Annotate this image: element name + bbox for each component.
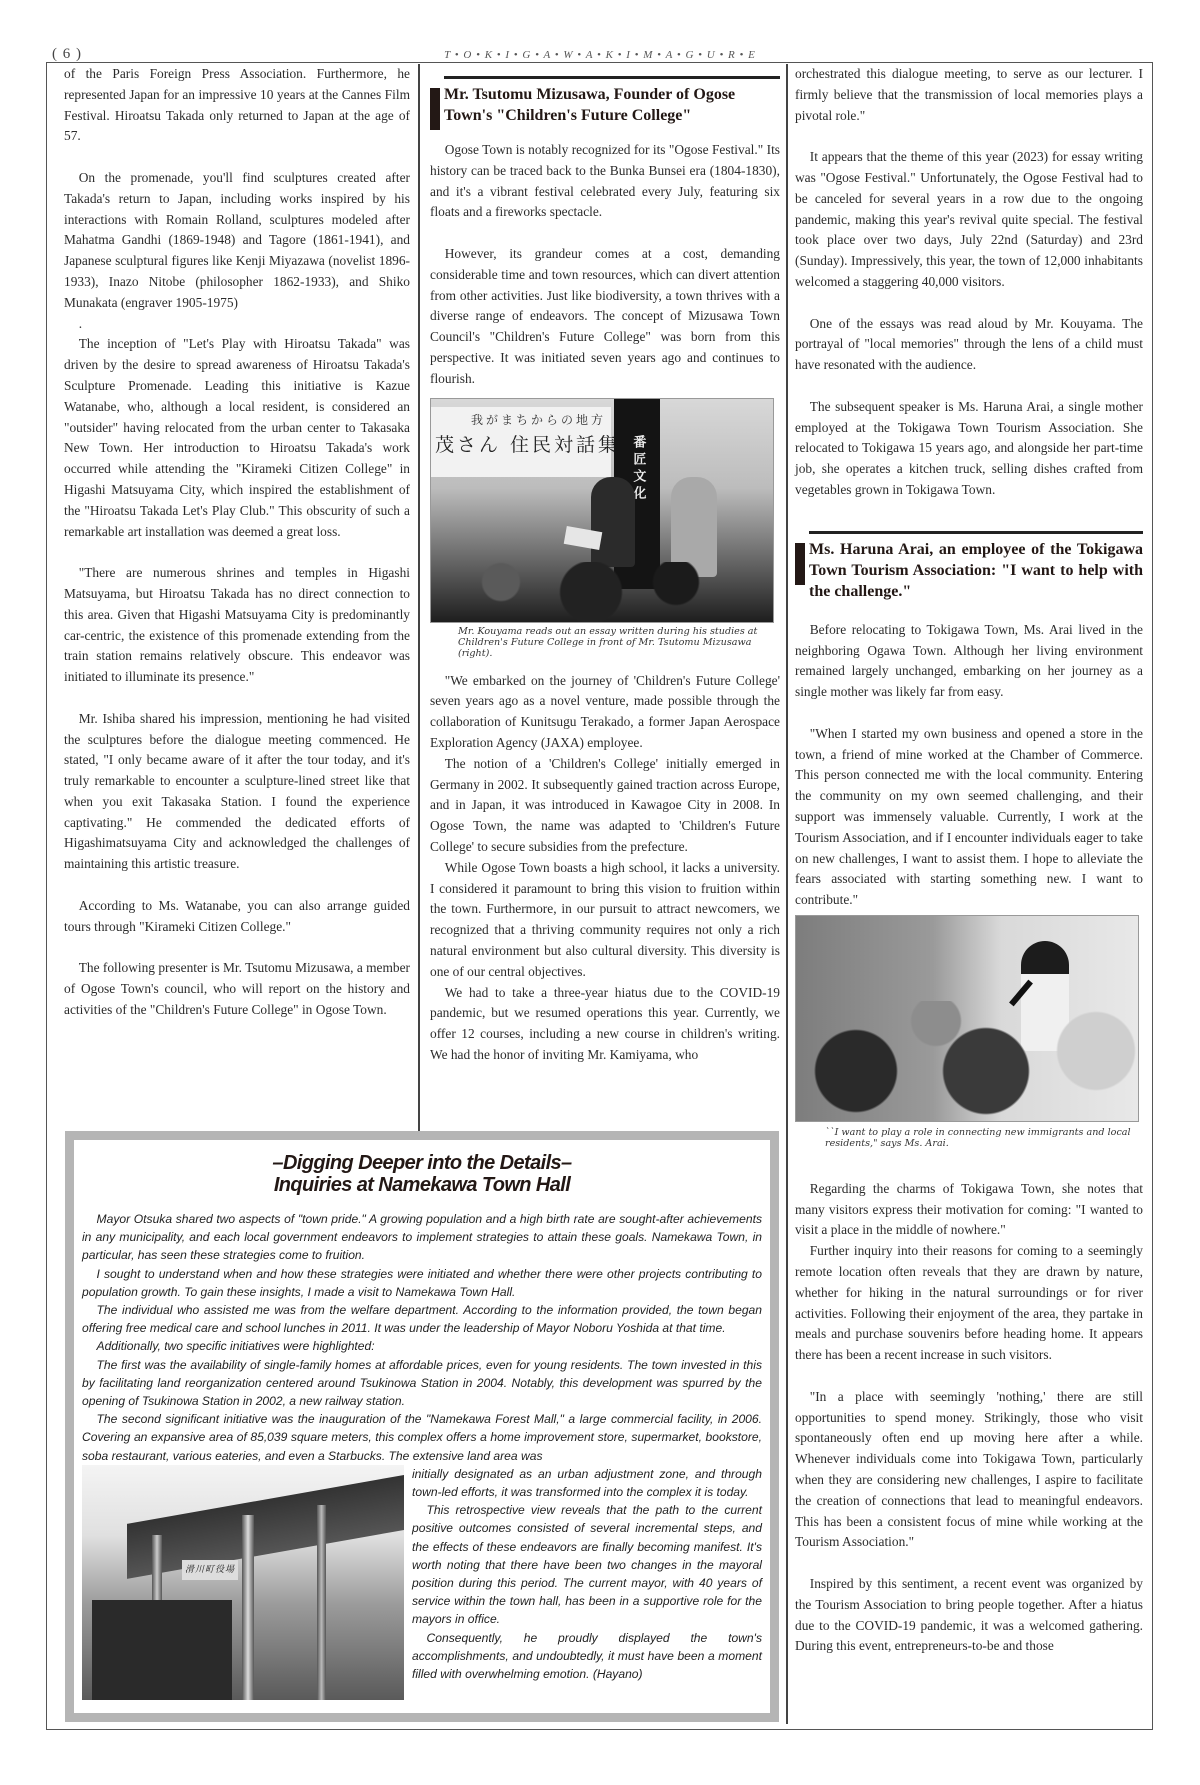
masthead-title: T • O • K • I • G • A • W • A • K • I • …	[0, 49, 1200, 61]
paragraph: Further inquiry into their reasons for c…	[795, 1241, 1143, 1366]
photo-caption: ``I want to play a role in connecting ne…	[795, 1127, 1143, 1149]
paragraph: .	[64, 314, 410, 335]
paragraph: While Ogose Town boasts a high school, i…	[430, 858, 780, 983]
paragraph: The first was the availability of single…	[82, 1356, 762, 1411]
audience-heads	[431, 562, 774, 622]
paragraph: The following presenter is Mr. Tsutomu M…	[64, 958, 410, 1020]
paragraph: One of the essays was read aloud by Mr. …	[795, 314, 1143, 376]
headline-text: Ms. Haruna Arai, an employee of the Toki…	[809, 539, 1143, 602]
pillar	[242, 1515, 254, 1700]
paragraph: The individual who assisted me was from …	[82, 1301, 762, 1337]
photo-arai-speaking	[795, 915, 1139, 1122]
column-divider-left	[418, 64, 420, 1131]
sidebar-box-namekawa: –Digging Deeper into the Details– Inquir…	[65, 1131, 779, 1722]
column-divider-right	[786, 64, 788, 1724]
pillar	[317, 1505, 326, 1700]
box-title-line-1: –Digging Deeper into the Details–	[74, 1152, 770, 1174]
paragraph: It appears that the theme of this year (…	[795, 147, 1143, 293]
paragraph: The second significant initiative was th…	[82, 1410, 762, 1465]
banner-line-1: 我がまちからの地方	[431, 407, 611, 431]
headline-text: Mr. Tsutomu Mizusawa, Founder of Ogose T…	[444, 84, 780, 126]
paragraph: "There are numerous shrines and temples …	[64, 563, 410, 688]
headline-rule	[444, 76, 780, 79]
box-title-line-2: Inquiries at Namekawa Town Hall	[74, 1174, 770, 1196]
paragraph: "In a place with seemingly 'nothing,' th…	[795, 1387, 1143, 1553]
paragraph: On the promenade, you'll find sculptures…	[64, 168, 410, 314]
middle-column: Mr. Tsutomu Mizusawa, Founder of Ogose T…	[430, 64, 780, 1066]
paragraph: Additionally, two specific initiatives w…	[82, 1337, 762, 1355]
paragraph: "We embarked on the journey of 'Children…	[430, 671, 780, 754]
photo-town-hall: 滑川町役場	[82, 1465, 404, 1700]
headline-rule	[809, 531, 1143, 534]
paragraph: Mr. Ishiba shared his impression, mentio…	[64, 709, 410, 875]
paragraph: I sought to understand when and how thes…	[82, 1265, 762, 1301]
paragraph: We had to take a three-year hiatus due t…	[430, 983, 780, 1066]
speaker-left	[591, 477, 635, 567]
paragraph: of the Paris Foreign Press Association. …	[64, 64, 410, 147]
paragraph: orchestrated this dialogue meeting, to s…	[795, 64, 1143, 126]
paragraph: "When I started my own business and open…	[795, 724, 1143, 911]
paragraph: The inception of "Let's Play with Hiroat…	[64, 334, 410, 542]
section-headline-mizusawa: Mr. Tsutomu Mizusawa, Founder of Ogose T…	[430, 76, 780, 126]
paragraph: Inspired by this sentiment, a recent eve…	[795, 1574, 1143, 1657]
building-sign: 滑川町役場	[182, 1560, 238, 1580]
paragraph: The subsequent speaker is Ms. Haruna Ara…	[795, 397, 1143, 501]
headline-bar	[430, 88, 440, 130]
box-body: Mayor Otsuka shared two aspects of "town…	[82, 1210, 762, 1700]
paragraph: According to Ms. Watanabe, you can also …	[64, 896, 410, 938]
paragraph: Before relocating to Tokigawa Town, Ms. …	[795, 620, 1143, 703]
photo-caption: Mr. Kouyama reads out an essay written d…	[430, 626, 780, 659]
headline-bar	[795, 543, 805, 585]
banner-line-2: 茂さん 住民対話集会	[431, 430, 611, 456]
canopy	[127, 1475, 404, 1579]
left-column: of the Paris Foreign Press Association. …	[64, 64, 410, 1021]
section-headline-arai: Ms. Haruna Arai, an employee of the Toki…	[795, 531, 1143, 602]
paragraph: Regarding the charms of Tokigawa Town, s…	[795, 1179, 1143, 1241]
right-column: orchestrated this dialogue meeting, to s…	[795, 64, 1143, 1657]
paragraph: However, its grandeur comes at a cost, d…	[430, 244, 780, 390]
photo-essay-reading: 我がまちからの地方 茂さん 住民対話集会 番匠文化	[430, 398, 774, 623]
paragraph: The notion of a 'Children's College' ini…	[430, 754, 780, 858]
entrance	[92, 1600, 232, 1700]
paragraph: Ogose Town is notably recognized for its…	[430, 140, 780, 223]
audience-heads	[796, 1001, 1139, 1121]
banner: 我がまちからの地方 茂さん 住民対話集会	[431, 407, 611, 477]
paragraph: Mayor Otsuka shared two aspects of "town…	[82, 1210, 762, 1265]
